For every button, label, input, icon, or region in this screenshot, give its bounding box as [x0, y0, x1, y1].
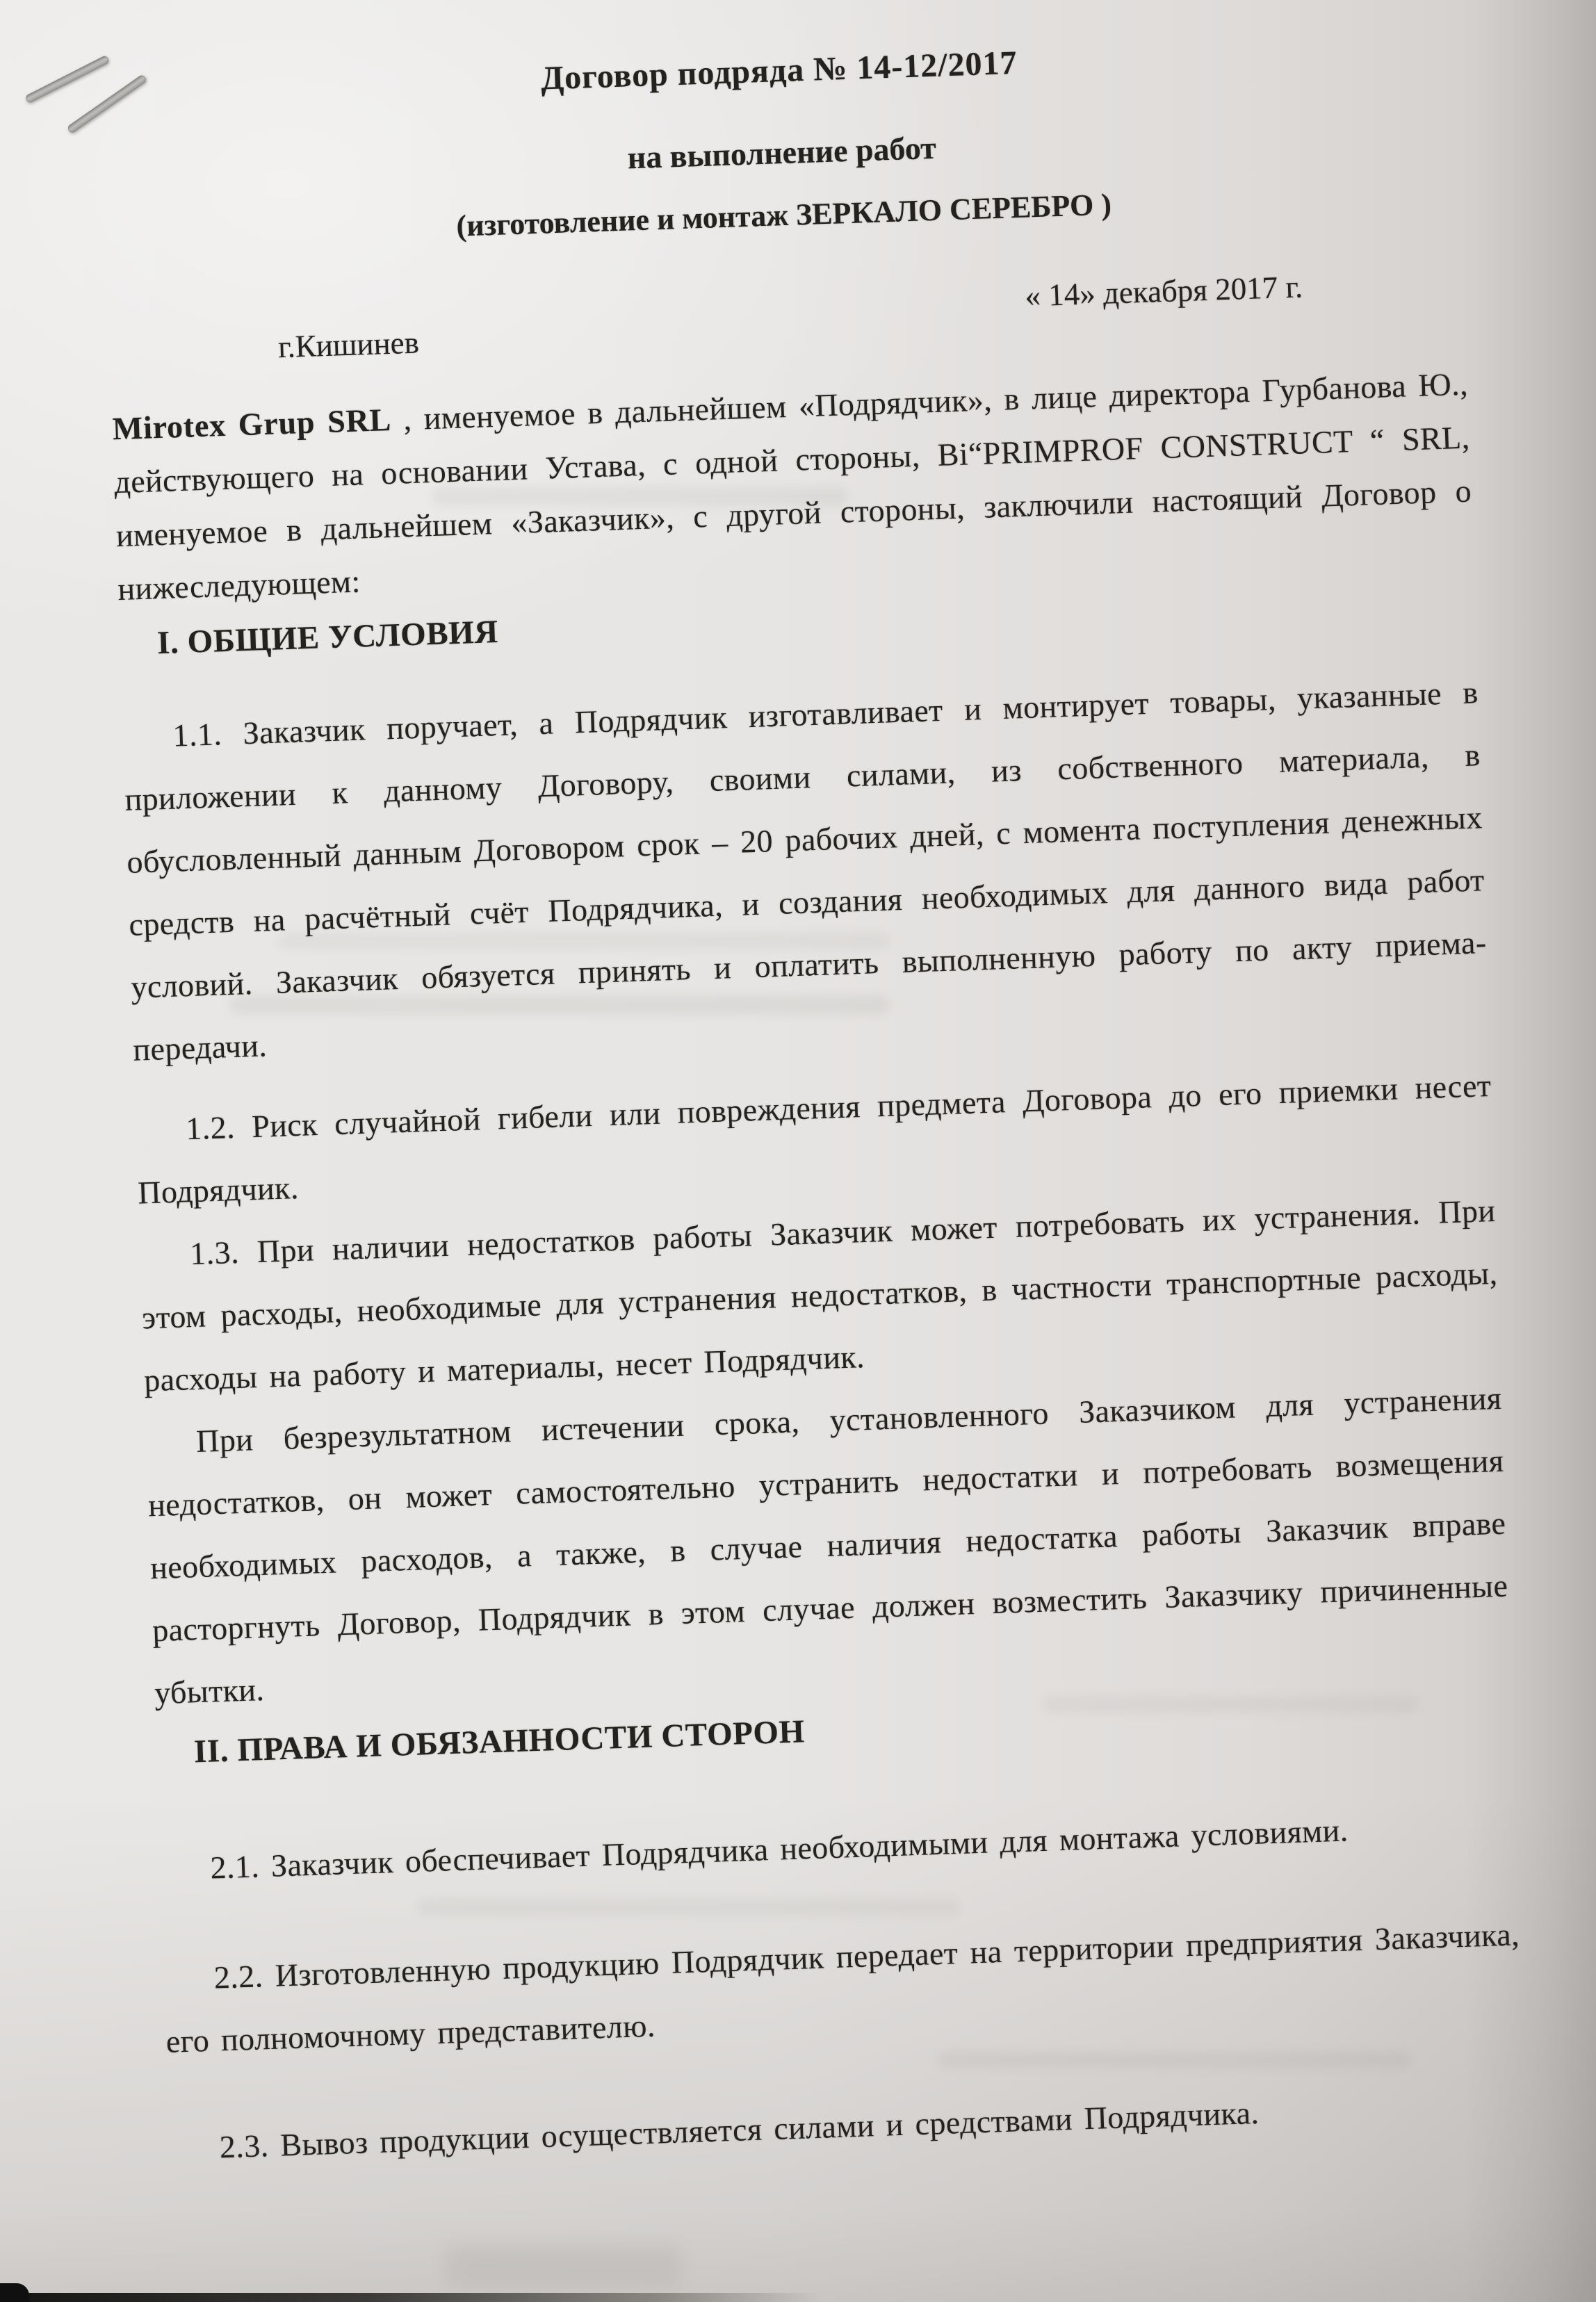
photo-bottom-edge — [0, 2293, 820, 2302]
photo-corner-shadow — [0, 2283, 29, 2302]
bleedthrough-smudge — [445, 2245, 681, 2287]
contract-date: « 14» декабря 2017 г. — [1025, 266, 1303, 316]
contract-content: Договор подряда № 14-12/2017 на выполнен… — [0, 0, 1596, 2185]
preamble-text: , именуемое в дальнейшем «Подрядчик», в … — [114, 366, 1472, 607]
clause-2-2: 2.2. Изготовленную продукцию Подрядчик п… — [163, 1903, 1522, 2073]
clause-2-3: 2.3. Вывоз продукции осуществляется сила… — [168, 2073, 1526, 2180]
clause-1-1: 1.1. Заказчик поручает, а Подрядчик изго… — [122, 661, 1490, 1081]
scanned-contract-page: Договор подряда № 14-12/2017 на выполнен… — [0, 0, 1596, 2302]
clause-2-1: 2.1. Заказчик обеспечивает Подрядчика не… — [159, 1793, 1517, 1901]
contractor-company-name: Mirotex Grup SRL — [112, 402, 392, 446]
contract-city: г.Кишинев — [277, 323, 420, 368]
meta-row: г.Кишинев « 14» декабря 2017 г. — [108, 261, 1466, 373]
contract-title: Договор подряда № 14-12/2017 — [101, 26, 1458, 116]
preamble-paragraph: Mirotex Grup SRL , именуемое в дальнейше… — [112, 357, 1474, 617]
clause-1-3-continuation: При безрезультатном истечении срока, уст… — [145, 1367, 1511, 1724]
